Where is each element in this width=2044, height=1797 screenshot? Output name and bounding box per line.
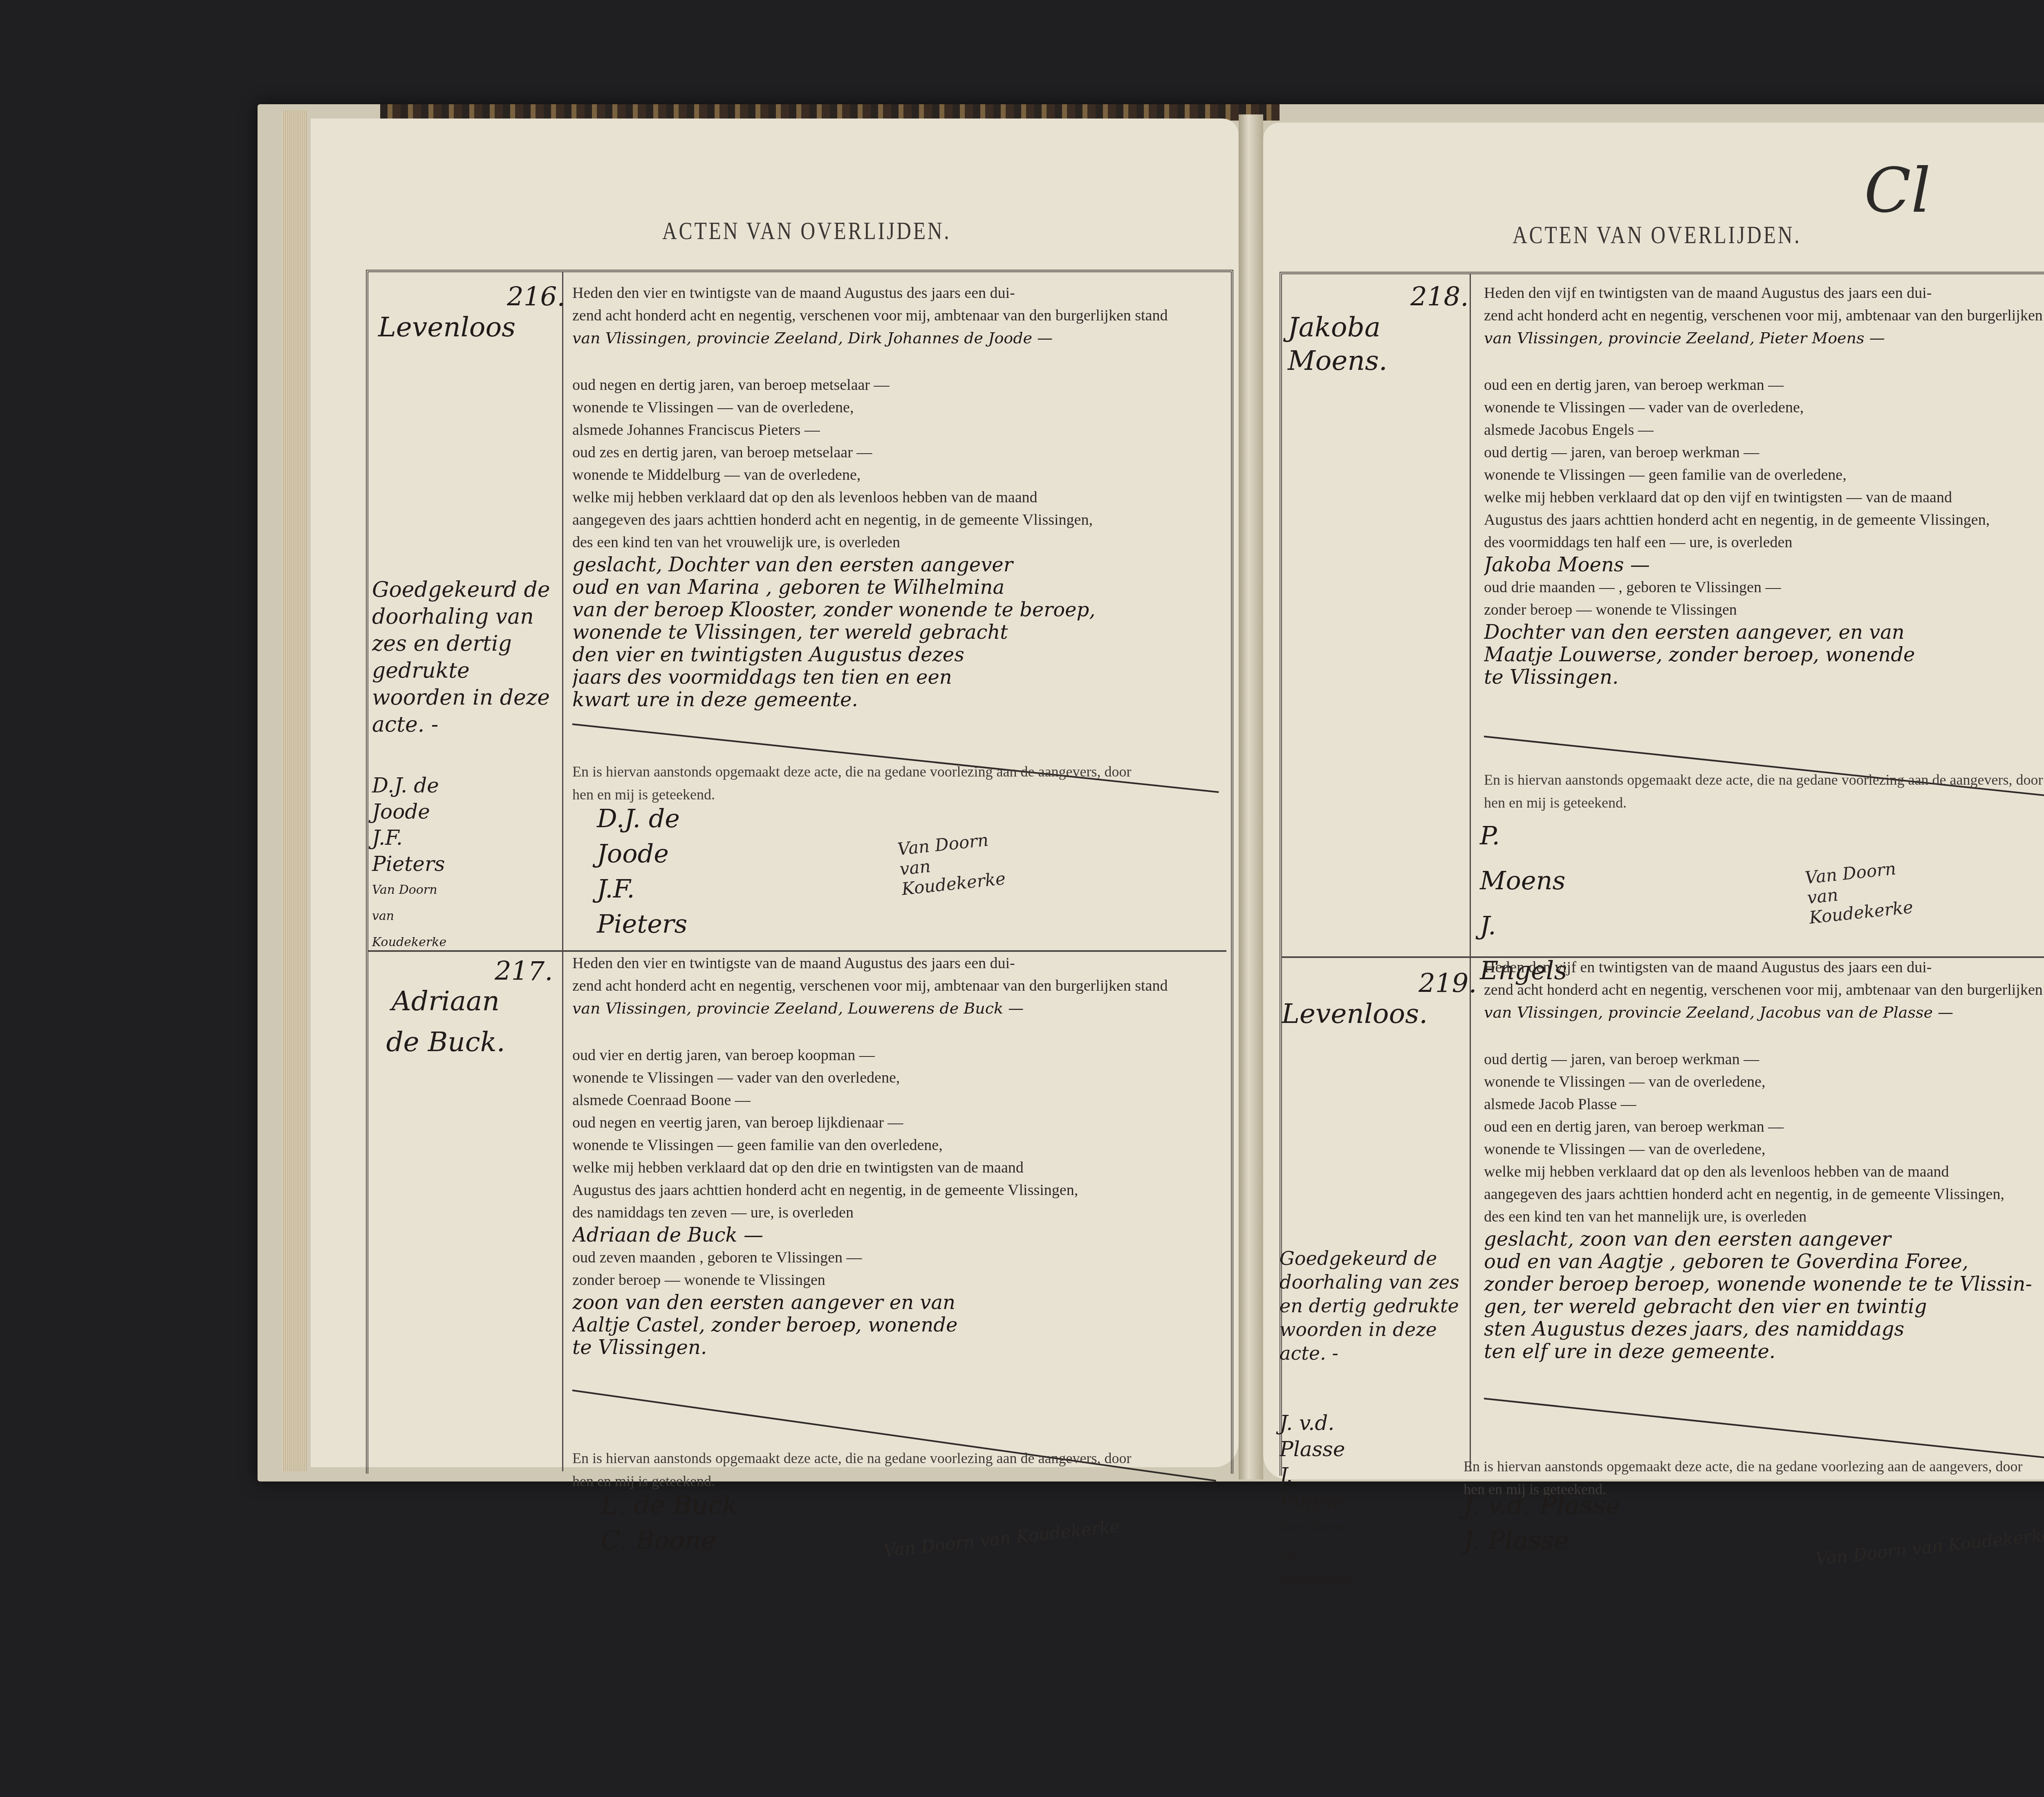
entry-margin-note: Goedgekeurd de doorhaling van zes en der… [1280,1246,1468,1365]
page-stack-left [282,110,307,1471]
entry-body: Heden den vier en twintigste van de maan… [572,952,1218,1359]
marbled-cover-edge [380,104,1280,121]
official-signature: Van Doorn van Koudekerke [896,828,1006,899]
entry-number: 218. [1410,282,1469,312]
entry-closing: En is hiervan aanstonds opgemaakt deze a… [572,1447,1226,1493]
entry-margin-name: Levenloos. [1282,997,1428,1031]
entry-margin-signatures: D.J. de Joode J.F. Pieters Van Doorn van… [372,772,446,956]
entry-margin-name: Jakoba Moens. [1288,311,1394,378]
entry-signatures: D.J. de Joode J.F. Pieters [597,801,687,942]
corner-mark: Cl [1864,155,1931,226]
entry-closing: En is hiervan aanstonds opgemaakt deze a… [1484,768,2044,814]
entry-body: Heden den vijf en twintigsten van de maa… [1484,956,2044,1363]
book-gutter [1239,114,1263,1479]
left-column-divider [562,272,563,1471]
left-entry-divider [368,950,1226,952]
entry-margin-name: Levenloos [378,311,515,344]
entry-number: 219. [1419,969,1477,999]
official-signature: Van Doorn van Koudekerke [1804,857,1914,928]
entry-217-signatures: L. de Buck C. Boone [601,1488,737,1558]
entry-body: Heden den vijf en twintigsten van de maa… [1484,282,2044,689]
entry-219-signatures: J. v.d. Plasse J. Plasse [1464,1488,1621,1558]
entry-margin-name: Adriaan de Buck. [384,981,507,1063]
right-page-title: ACTEN VAN OVERLIJDEN. [1513,221,1802,250]
entry-margin-note: Goedgekeurd de doorhaling van zes en der… [372,576,560,738]
entry-number: 216. [507,282,565,312]
entry-closing: En is hiervan aanstonds opgemaakt deze a… [572,760,1226,806]
right-column-divider [1470,274,1471,1471]
entry-219-official-signature: Van Doorn van Koudekerke [1815,1524,2044,1569]
entry-margin-signatures: J. v.d. Plasse J. Plasse Van Doorn van K… [1280,1410,1354,1593]
entry-body: Heden den vier en twintigste van de maan… [572,282,1218,711]
left-page-title: ACTEN VAN OVERLIJDEN. [662,217,951,246]
entry-217-official-signature: Van Doorn van Koudekerke [883,1516,1121,1561]
